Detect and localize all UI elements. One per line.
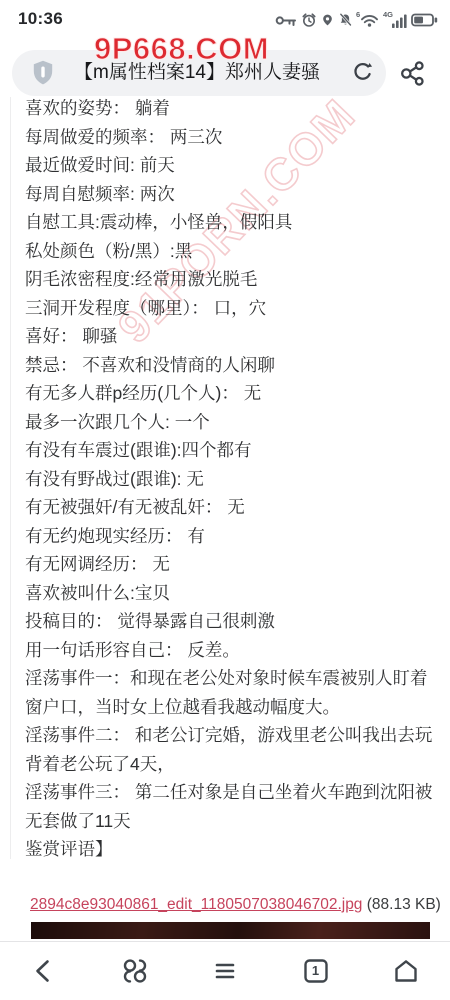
profile-line: 淫荡事件一：和现在老公处对象时候车震被别人盯着 [0, 664, 450, 693]
watermark-site: 9P668.COM [94, 31, 269, 67]
profile-line: 禁忌： 不喜欢和没情商的人闲聊 [0, 351, 450, 380]
alarm-icon [301, 12, 317, 28]
profile-line: 有无被强奸/有无被乱奸： 无 [0, 493, 450, 522]
clock: 10:36 [18, 9, 63, 29]
profile-line: 有无约炮现实经历： 有 [0, 522, 450, 551]
profile-line: 每周自慰频率: 两次 [0, 180, 450, 209]
browser-nav-bar: 1 [0, 941, 450, 1000]
profile-line: 三洞开发程度（哪里）： 口，穴 [0, 294, 450, 323]
profile-line: 每周做爱的频率： 两三次 [0, 123, 450, 152]
clover-tools-button[interactable] [121, 957, 149, 985]
share-icon[interactable] [397, 58, 428, 94]
profile-line: 阴毛浓密程度:经常用激光脱毛 [0, 265, 450, 294]
attachment-size: (88.13 KB) [367, 896, 441, 913]
tab-count: 1 [302, 957, 330, 985]
profile-line: 无套做了11天 [0, 807, 450, 836]
profile-line: 喜欢被叫什么:宝贝 [0, 579, 450, 608]
profile-line: 有无多人群p经历(几个人)： 无 [0, 379, 450, 408]
profile-line: 自慰工具:震动棒，小怪兽，假阳具 [0, 208, 450, 237]
profile-line: 用一句话形容自己： 反差。 [0, 636, 450, 665]
profile-line: 鉴赏评语】 [0, 835, 450, 864]
profile-line: 有没有野战过(跟谁): 无 [0, 465, 450, 494]
profile-line: 淫荡事件三： 第二任对象是自己坐着火车跑到沈阳被 [0, 778, 450, 807]
profile-text: 喜欢的姿势： 躺着 每周做爱的频率： 两三次 最近做爱时间: 前天 每周自慰频率… [0, 94, 450, 864]
profile-line: 喜好： 聊骚 [0, 322, 450, 351]
wifi-icon: 6 [357, 11, 379, 29]
signal-bars-icon: 4G [383, 11, 407, 29]
profile-line: 喜欢的姿势： 躺着 [0, 94, 450, 123]
tabs-button[interactable]: 1 [302, 957, 330, 985]
profile-line: 最近做爱时间: 前天 [0, 151, 450, 180]
browser-screen: 10:36 [0, 0, 450, 1000]
battery-icon [411, 13, 438, 27]
profile-line: 窗户口，当时女上位越看我越动幅度大。 [0, 693, 450, 722]
shield-icon [32, 60, 54, 91]
location-icon [321, 12, 334, 28]
profile-line: 私处颜色（粉/黑）:黑 [0, 237, 450, 266]
key-icon [275, 13, 297, 28]
profile-line: 背着老公玩了4天， [0, 750, 450, 779]
profile-line: 最多一次跟几个人: 一个 [0, 408, 450, 437]
profile-line: 有无网调经历： 无 [0, 550, 450, 579]
profile-line: 投稿目的： 觉得暴露自己很刺激 [0, 607, 450, 636]
bell-off-icon [338, 12, 353, 28]
status-icons: 6 4G [275, 11, 438, 29]
profile-line: 淫荡事件二： 和老公订完婚，游戏里老公叫我出去玩 [0, 721, 450, 750]
attachment-row: 2894c8e93040861_edit_1180507038046702.jp… [30, 896, 450, 914]
profile-line: 有没有车震过(跟谁):四个都有 [0, 436, 450, 465]
attachment-photo[interactable] [31, 922, 430, 939]
attachment-size-label: (88.13 KB) [367, 896, 441, 913]
attachment-link[interactable]: 2894c8e93040861_edit_1180507038046702.jp… [30, 896, 362, 913]
home-button[interactable] [392, 957, 420, 985]
back-button[interactable] [30, 957, 58, 985]
menu-button[interactable] [211, 957, 239, 985]
